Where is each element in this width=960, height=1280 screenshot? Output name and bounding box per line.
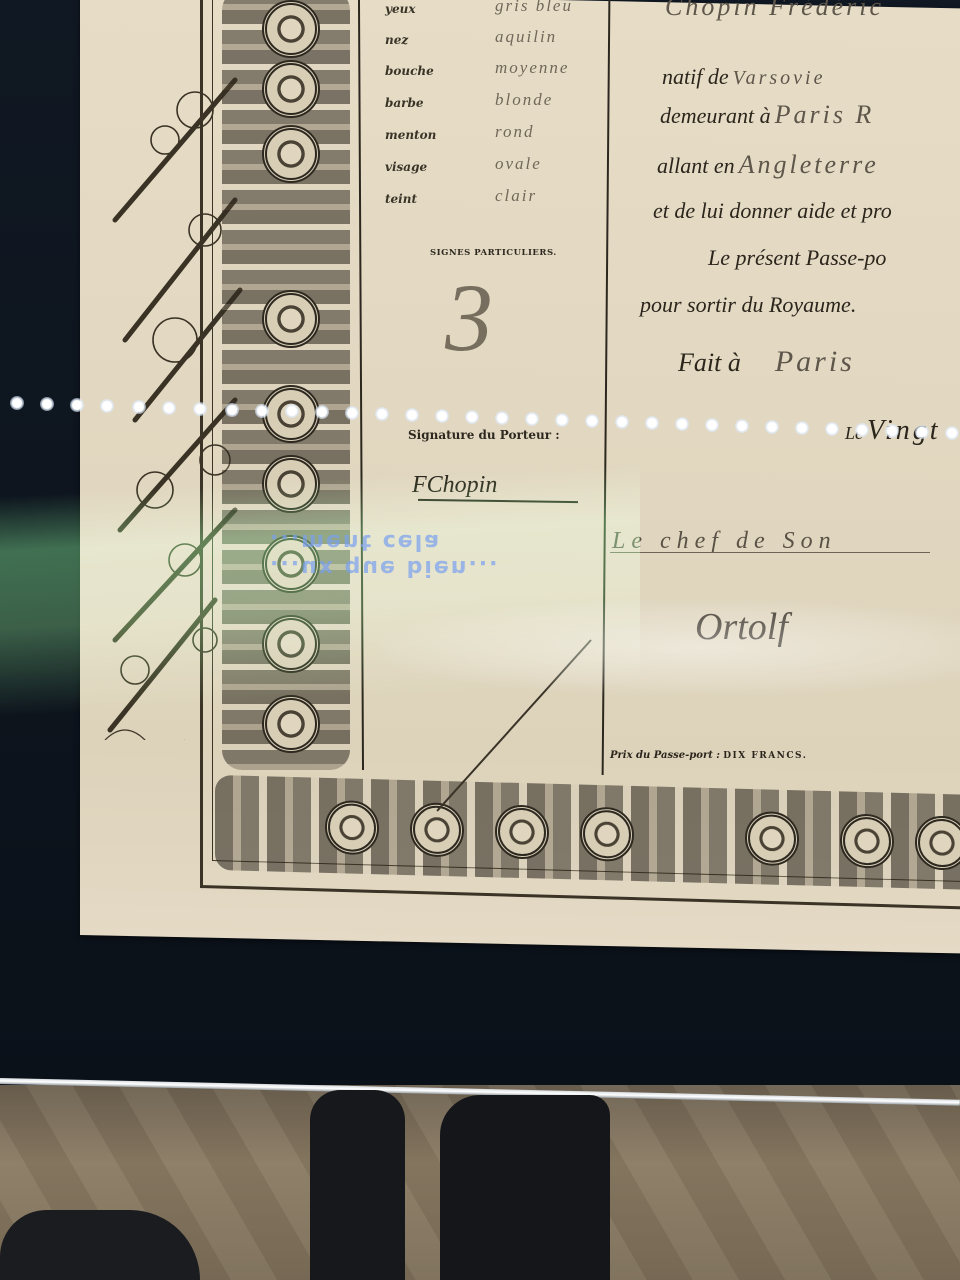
- led-light: [675, 417, 689, 431]
- price-label: Prix du Passe-port :: [610, 750, 720, 761]
- led-light: [465, 410, 479, 424]
- led-light: [255, 404, 269, 418]
- led-light: [915, 425, 929, 439]
- rosette-ornament: [580, 807, 634, 862]
- led-light: [100, 399, 114, 413]
- body-line-present: Le présent Passe-po: [708, 245, 886, 271]
- led-light: [225, 403, 239, 417]
- printed-text: pour sortir du Royaume.: [640, 292, 856, 317]
- feature-value: blonde: [495, 90, 553, 110]
- rosette-ornament: [325, 800, 379, 855]
- led-light: [405, 408, 419, 422]
- rosette-ornament: [840, 813, 894, 868]
- led-light: [10, 396, 24, 410]
- led-light: [162, 401, 176, 415]
- passport-price: Prix du Passe-port : DIX FRANCS.: [610, 750, 807, 761]
- rosette-ornament: [495, 804, 549, 859]
- reflection-line: ...ment cela: [270, 528, 500, 554]
- feature-value: rond: [495, 122, 535, 142]
- handwritten-place: Paris: [775, 345, 855, 378]
- led-light: [855, 423, 869, 437]
- feature-row-teint: teint clair: [385, 192, 615, 222]
- led-light: [555, 413, 569, 427]
- led-light: [132, 400, 146, 414]
- led-light: [615, 415, 629, 429]
- led-light: [765, 420, 779, 434]
- bearer-signature-label: Signature du Porteur :: [408, 428, 560, 442]
- handwritten-text: Angleterre: [739, 150, 879, 179]
- rosette-ornament: [262, 125, 320, 183]
- led-light: [945, 426, 959, 440]
- signes-particuliers-value: 3: [445, 262, 493, 373]
- led-light: [705, 418, 719, 432]
- rosette-ornament: [262, 60, 320, 118]
- led-light: [795, 421, 809, 435]
- printed-text: demeurant à: [660, 103, 771, 128]
- feature-label: visage: [385, 160, 427, 174]
- led-light: [345, 406, 359, 420]
- led-light: [735, 419, 749, 433]
- body-line-aid: et de lui donner aide et pro: [653, 198, 892, 224]
- feature-value: gris bleu: [495, 0, 573, 16]
- feature-label: menton: [385, 128, 436, 142]
- feature-label: barbe: [385, 96, 424, 110]
- feature-value: aquilin: [495, 27, 557, 47]
- handwritten-text: Varsovie: [733, 67, 826, 89]
- body-line-residence: demeurant à Paris R: [660, 100, 874, 130]
- rosette-ornament: [262, 0, 320, 58]
- handwritten-name: Chopin Frédéric: [665, 0, 884, 21]
- led-light: [40, 397, 54, 411]
- body-line-birthplace: natif de Varsovie: [662, 64, 826, 90]
- chief-underline: [610, 552, 930, 553]
- led-light: [585, 414, 599, 428]
- led-light: [825, 422, 839, 436]
- feature-label: nez: [385, 33, 408, 47]
- rosette-ornament: [915, 815, 960, 870]
- feature-value: clair: [495, 186, 537, 206]
- body-line-destination: allant en Angleterre: [657, 150, 879, 180]
- led-light: [375, 407, 389, 421]
- price-value: DIX FRANCS.: [723, 751, 807, 761]
- feature-label: bouche: [385, 64, 434, 78]
- feature-value: ovale: [495, 154, 542, 174]
- chief-annotation: Le chef de Son: [612, 528, 837, 555]
- led-light: [885, 424, 899, 438]
- white-light-glare: [380, 600, 960, 695]
- feature-label: yeux: [385, 2, 416, 16]
- body-line-fait-a: Fait à Paris: [678, 345, 855, 379]
- body-line-exit: pour sortir du Royaume.: [640, 292, 856, 318]
- printed-text: et de lui donner aide et pro: [653, 198, 892, 223]
- led-light: [645, 416, 659, 430]
- handwritten-text: Paris R: [775, 100, 875, 129]
- feature-label: teint: [385, 192, 417, 206]
- ornamental-horizontal-border: [215, 775, 960, 890]
- printed-text: Le présent Passe-po: [708, 245, 886, 270]
- led-light: [70, 398, 84, 412]
- led-light: [315, 405, 329, 419]
- led-light: [285, 404, 299, 418]
- rosette-ornament: [262, 290, 320, 348]
- rosette-ornament: [262, 695, 320, 753]
- visitor-shadow: [310, 1090, 405, 1280]
- body-line-name: Chopin Frédéric: [665, 0, 884, 22]
- led-light: [525, 412, 539, 426]
- signes-particuliers-heading: SIGNES PARTICULIERS.: [430, 248, 557, 258]
- led-light-reflection-strip: [0, 392, 960, 428]
- reflection-line: ...ux que bien...: [270, 554, 500, 580]
- printed-text: allant en: [657, 153, 735, 178]
- led-light: [495, 411, 509, 425]
- printed-text: Fait à: [678, 348, 741, 377]
- rosette-ornament: [745, 811, 799, 866]
- visitor-shadow: [440, 1095, 610, 1280]
- feature-value: moyenne: [495, 58, 569, 78]
- led-light: [193, 402, 207, 416]
- mirrored-reflection-text: ...ux que bien... ...ment cela: [270, 528, 500, 580]
- printed-text: natif de: [662, 64, 729, 89]
- led-light: [435, 409, 449, 423]
